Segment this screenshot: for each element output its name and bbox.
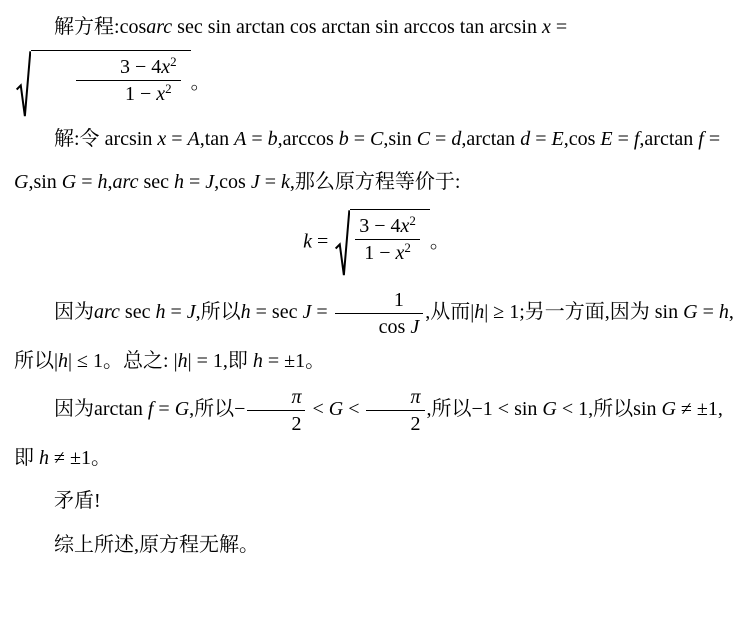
math-text: = (311, 301, 332, 323)
math-text: < 1 (557, 398, 588, 420)
math-text: 3 − 4 (120, 56, 161, 78)
math-text: = (530, 128, 551, 150)
math-variable: d (520, 128, 530, 150)
math-variable: G (62, 171, 76, 193)
conclusion-line: 综上所述,原方程无解。 (14, 524, 739, 568)
cjk-text: 。 (91, 447, 111, 469)
math-variable: h (39, 447, 49, 469)
math-variable: arc (113, 171, 139, 193)
fraction-denominator: 2 (247, 410, 305, 437)
fraction-denominator: 1 − x2 (76, 80, 181, 107)
fraction: π2 (247, 384, 305, 437)
cjk-text: 所以 (194, 398, 234, 420)
math-text: = (704, 128, 720, 150)
range-argument: 因为arctan f = G,所以−π2 < G < π2,所以−1 < sin… (14, 384, 739, 481)
fraction: 3 − 4x21 − x2 (355, 213, 420, 266)
problem-statement: 解方程:cosarc sec sin arctan cos arctan sin… (14, 6, 739, 118)
cjk-text: , (718, 398, 723, 420)
math-variable: G (662, 398, 676, 420)
math-text: 3 − 4 (359, 215, 400, 237)
display-equation: k = 3 − 4x21 − x2。 (14, 209, 739, 277)
math-text: = ±1 (263, 350, 305, 372)
math-text: 1 (394, 289, 404, 311)
radicand: 3 − 4x21 − x2 (31, 50, 191, 118)
fraction-numerator: π (247, 384, 305, 410)
math-text: cos (120, 16, 147, 38)
cjk-text: 综上所述,原方程无解。 (54, 534, 259, 556)
math-text: = (153, 398, 174, 420)
math-text: 1 − (125, 83, 156, 105)
math-variable: G (329, 398, 343, 420)
cjk-text: 。总之: (103, 350, 174, 372)
math-variable: G (175, 398, 189, 420)
math-text: = (430, 128, 451, 150)
cjk-text: 。 (191, 71, 211, 93)
math-text: ≠ ±1 (676, 398, 718, 420)
math-variable: b (339, 128, 349, 150)
math-text: < (307, 398, 328, 420)
superscript: 2 (165, 81, 172, 96)
superscript: 2 (404, 240, 411, 255)
cjk-text: 。 (430, 231, 450, 253)
math-variable: h (98, 171, 108, 193)
fraction: 1cos J (335, 287, 424, 340)
math-text: = sec (251, 301, 303, 323)
absolute-value-argument: 因为arc sec h = J,所以h = sec J = 1cos J,从而|… (14, 287, 739, 384)
math-variable: π (410, 386, 420, 408)
math-variable: J (187, 301, 196, 323)
math-text: | ≤ 1 (68, 350, 103, 372)
math-variable: h (178, 350, 188, 372)
math-text: = (613, 128, 634, 150)
math-variable: x (542, 16, 551, 38)
fraction-numerator: 3 − 4x2 (355, 213, 420, 239)
math-text: arcsin (105, 128, 158, 150)
math-text: − (234, 398, 245, 420)
cjk-text: 矛盾! (54, 490, 101, 512)
math-text: sec sin arctan cos arctan sin arccos tan… (172, 16, 542, 38)
radical-sign-icon (16, 50, 31, 118)
math-text: cos (219, 171, 251, 193)
cjk-text: 所以 (432, 398, 472, 420)
cjk-text: 即 (14, 447, 39, 469)
cjk-text: 即 (228, 350, 253, 372)
cjk-text: 所以 (14, 350, 54, 372)
math-text: = (312, 231, 333, 253)
math-text: 2 (291, 413, 301, 435)
math-variable: G (14, 171, 28, 193)
math-text: sin (633, 398, 661, 420)
math-text: | = 1 (188, 350, 223, 372)
radical: 3 − 4x21 − x2 (335, 209, 430, 277)
math-text: = (698, 301, 719, 323)
math-text: 2 (411, 413, 421, 435)
math-variable: h (155, 301, 165, 323)
math-text: sin (388, 128, 416, 150)
math-text: 1 − (364, 242, 395, 264)
superscript: 2 (170, 54, 177, 69)
math-variable: J (410, 316, 419, 338)
fraction-denominator: 2 (366, 410, 424, 437)
cjk-text: 所以 (201, 301, 241, 323)
math-text: −1 < sin (472, 398, 543, 420)
math-text: arctan (466, 128, 520, 150)
math-variable: d (451, 128, 461, 150)
contradiction-line: 矛盾! (14, 480, 739, 524)
radicand: 3 − 4x21 − x2 (350, 209, 430, 277)
math-text: = (165, 301, 186, 323)
fraction: 3 − 4x21 − x2 (76, 54, 181, 107)
fraction-denominator: 1 − x2 (355, 239, 420, 266)
math-variable: h (174, 171, 184, 193)
math-text: arccos (283, 128, 339, 150)
math-text: = (551, 16, 567, 38)
solution-setup: 解:令 arcsin x = A,tan A = b,arccos b = C,… (14, 118, 739, 205)
math-text: = (260, 171, 281, 193)
document-page: 解方程:cosarc sec sin arctan cos arctan sin… (0, 0, 753, 636)
math-text: | ≥ 1 (484, 301, 519, 323)
math-variable: G (542, 398, 556, 420)
math-variable: arc (146, 16, 172, 38)
cjk-text: , (729, 301, 734, 323)
math-text: < (343, 398, 364, 420)
math-variable: J (205, 171, 214, 193)
cjk-text: 。 (305, 350, 325, 372)
math-text: = (76, 171, 97, 193)
math-variable: h (253, 350, 263, 372)
math-variable: h (58, 350, 68, 372)
math-variable: π (291, 386, 301, 408)
radical-sign-icon (335, 209, 350, 277)
fraction: π2 (366, 384, 424, 437)
math-variable: arc (94, 301, 120, 323)
math-variable: x (161, 56, 170, 78)
math-text: sec (138, 171, 174, 193)
math-variable: k (303, 231, 312, 253)
math-variable: x (156, 83, 165, 105)
cjk-text: 因为 (54, 398, 94, 420)
math-variable: E (600, 128, 612, 150)
fraction-numerator: 1 (335, 287, 424, 313)
cjk-text: 所以 (593, 398, 633, 420)
cjk-text: 因为 (54, 301, 94, 323)
cjk-text: 那么原方程等价于: (295, 171, 461, 193)
math-text: cos (379, 316, 411, 338)
cjk-text: 另一方面,因为 (525, 301, 655, 323)
math-variable: h (474, 301, 484, 323)
cjk-text: 解方程: (54, 16, 120, 38)
math-variable: G (683, 301, 697, 323)
math-text: arctan (94, 398, 148, 420)
cjk-text: 从而 (430, 301, 470, 323)
math-text: arctan (644, 128, 698, 150)
fraction-numerator: π (366, 384, 424, 410)
math-text: sec (120, 301, 156, 323)
math-variable: A (188, 128, 200, 150)
superscript: 2 (409, 213, 416, 228)
math-text: sin (655, 301, 683, 323)
math-variable: A (234, 128, 246, 150)
math-text: = (246, 128, 267, 150)
math-text: cos (569, 128, 601, 150)
math-variable: E (551, 128, 563, 150)
math-variable: h (241, 301, 251, 323)
math-variable: C (417, 128, 430, 150)
math-text: tan (205, 128, 234, 150)
math-variable: k (281, 171, 290, 193)
math-variable: J (251, 171, 260, 193)
math-variable: b (268, 128, 278, 150)
math-text: = (184, 171, 205, 193)
math-variable: C (370, 128, 383, 150)
math-variable: h (719, 301, 729, 323)
fraction-denominator: cos J (335, 313, 424, 340)
math-variable: x (157, 128, 166, 150)
math-text: ≠ ±1 (49, 447, 91, 469)
math-text: = (166, 128, 187, 150)
cjk-text: 解:令 (54, 128, 105, 150)
fraction-numerator: 3 − 4x2 (76, 54, 181, 80)
math-text: = (349, 128, 370, 150)
math-text: sin (33, 171, 61, 193)
radical: 3 − 4x21 − x2 (16, 50, 191, 118)
